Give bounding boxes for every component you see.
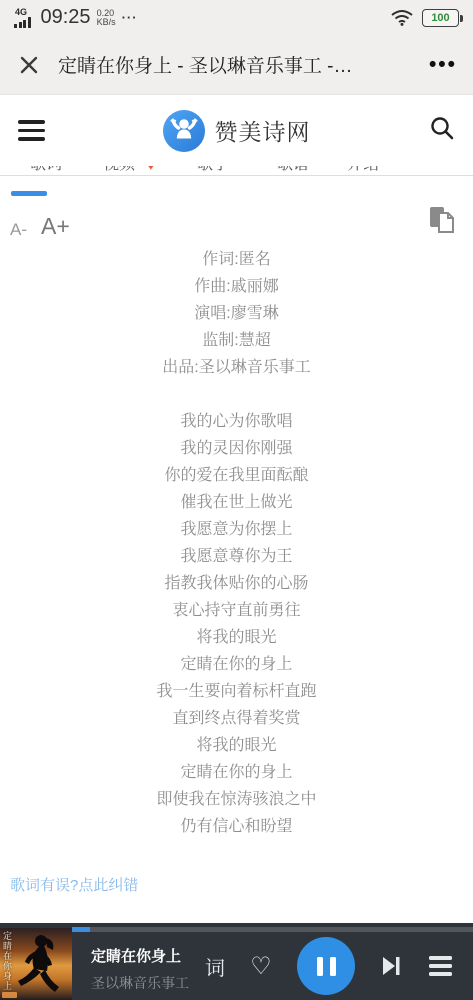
- site-name: 赞美诗网: [215, 114, 311, 147]
- copy-icon: [428, 204, 457, 235]
- player-artist: 圣以琳音乐事工: [91, 973, 189, 993]
- player-song-title: 定睛在你身上: [91, 945, 189, 966]
- album-art-caption: 定睛在你身上: [1, 931, 14, 991]
- lyrics-toolbar: A- A+: [0, 196, 473, 240]
- battery-level: 100: [431, 12, 449, 24]
- close-icon: [20, 56, 38, 74]
- next-track-icon: [382, 957, 401, 975]
- lyric-line: 衷心持守直前勇往: [0, 597, 473, 624]
- credits-block: 作词:匿名作曲:戚丽娜演唱:廖雪琳监制:慧超出品:圣以琳音乐事工: [0, 246, 473, 381]
- tab-strip: 歌词视频♥歌手歌谱介绍: [0, 166, 473, 176]
- lyric-line: 定睛在你的身上: [0, 651, 473, 678]
- wifi-icon: [391, 9, 413, 26]
- search-icon: [429, 115, 455, 141]
- lyric-line: 我愿意为你摆上: [0, 516, 473, 543]
- browser-title-bar: 定睛在你身上 - 圣以琳音乐事工 -… •••: [0, 35, 473, 95]
- network-speed: 0.20 KB/s: [97, 9, 116, 27]
- playlist-icon: [429, 956, 452, 960]
- hot-heart-icon: ♥: [147, 166, 155, 173]
- lyric-line: 指教我体贴你的心肠: [0, 570, 473, 597]
- next-track-button[interactable]: [367, 957, 415, 975]
- lyric-line: 我一生要向着标杆直跑: [0, 678, 473, 705]
- credit-line: 作词:匿名: [0, 246, 473, 273]
- lyrics-content: 作词:匿名作曲:戚丽娜演唱:廖雪琳监制:慧超出品:圣以琳音乐事工 我的心为你歌唱…: [0, 246, 473, 840]
- favorite-button[interactable]: ♡: [237, 952, 285, 981]
- page-title: 定睛在你身上 - 圣以琳音乐事工 -…: [58, 51, 419, 78]
- site-logo-icon: [163, 110, 205, 152]
- status-more-dots: ···: [122, 10, 138, 25]
- heart-outline-icon: ♡: [250, 952, 272, 981]
- lyric-line: 催我在世上做光: [0, 489, 473, 516]
- lyric-line: 我的心为你歌唱: [0, 408, 473, 435]
- tab-4[interactable]: 歌谱: [277, 166, 309, 175]
- credit-line: 演唱:廖雪琳: [0, 300, 473, 327]
- search-button[interactable]: [429, 115, 455, 146]
- network-type-label: 4G: [15, 8, 27, 17]
- credit-line: 出品:圣以琳音乐事工: [0, 354, 473, 381]
- lyric-line: 我愿意尊你为王: [0, 543, 473, 570]
- progress-fill: [72, 927, 90, 932]
- credit-line: 监制:慧超: [0, 327, 473, 354]
- cell-signal-icon: 4G: [14, 8, 31, 28]
- pause-icon: [317, 957, 323, 976]
- screen: 4G 09:25 0.20 KB/s ··· 100 定睛: [0, 0, 473, 1000]
- font-increase-button[interactable]: A+: [41, 213, 70, 240]
- copy-lyrics-button[interactable]: [428, 204, 457, 240]
- lyric-line: 我的灵因你刚强: [0, 435, 473, 462]
- album-art-watermark: [2, 992, 17, 998]
- lyric-line: 将我的眼光: [0, 624, 473, 651]
- lyric-line: 直到终点得着奖赏: [0, 705, 473, 732]
- lyrics-correction-link[interactable]: 歌词有误?点此纠错: [0, 874, 473, 895]
- lyric-line: 仍有信心和盼望: [0, 813, 473, 840]
- font-decrease-button[interactable]: A-: [10, 220, 27, 240]
- net-speed-unit: KB/s: [97, 18, 116, 27]
- pause-button[interactable]: [297, 937, 355, 995]
- lyric-line: 定睛在你的身上: [0, 759, 473, 786]
- brand: 赞美诗网: [0, 110, 473, 152]
- lyrics-toggle-button[interactable]: 词: [193, 952, 237, 981]
- site-header: 赞美诗网: [0, 95, 473, 166]
- clock: 09:25: [41, 6, 91, 29]
- tab-3[interactable]: 歌手: [197, 166, 229, 175]
- tab-5[interactable]: 介绍: [347, 166, 379, 175]
- status-bar: 4G 09:25 0.20 KB/s ··· 100: [0, 0, 473, 35]
- credit-line: 作曲:戚丽娜: [0, 273, 473, 300]
- browser-menu-button[interactable]: •••: [429, 53, 457, 77]
- album-art[interactable]: 定睛在你身上: [0, 928, 72, 1000]
- hamburger-menu-button[interactable]: [18, 120, 45, 141]
- playlist-button[interactable]: [415, 956, 465, 976]
- battery-icon: 100: [422, 9, 459, 27]
- tab-1[interactable]: 歌词: [30, 166, 62, 175]
- tab-2[interactable]: 视频: [103, 166, 135, 175]
- player-controls: 词 ♡: [193, 932, 465, 1000]
- close-button[interactable]: [16, 52, 42, 78]
- mini-player: 定睛在你身上 定睛在你身上 圣以琳音乐事工 词 ♡: [0, 923, 473, 1000]
- now-playing-info[interactable]: 定睛在你身上 圣以琳音乐事工: [91, 945, 189, 993]
- lyrics-block: 我的心为你歌唱我的灵因你刚强你的爱在我里面酝酿催我在世上做光我愿意为你摆上我愿意…: [0, 408, 473, 840]
- lyric-line: 即使我在惊涛骇浪之中: [0, 786, 473, 813]
- lyric-line: 你的爱在我里面酝酿: [0, 462, 473, 489]
- lyric-line: 将我的眼光: [0, 732, 473, 759]
